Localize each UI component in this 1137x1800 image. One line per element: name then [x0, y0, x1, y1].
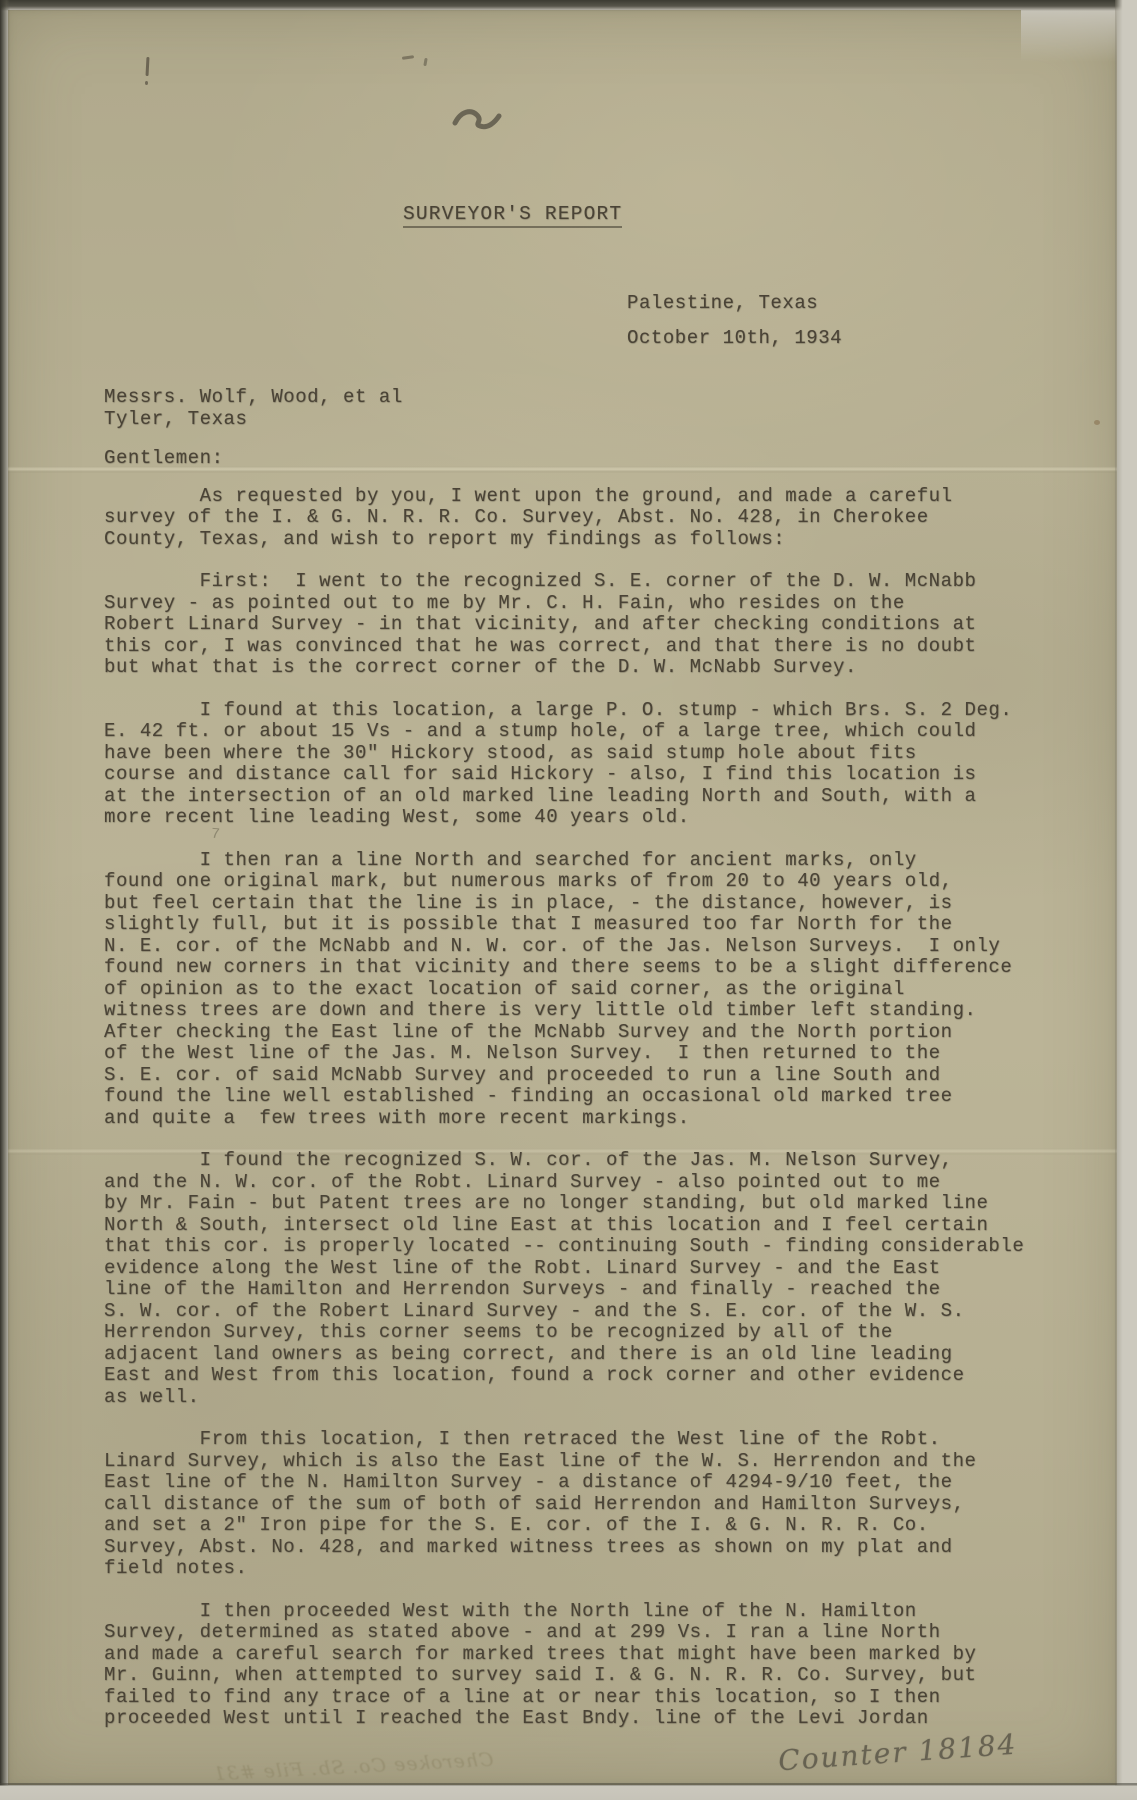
report-line: found the line well established - findin… — [104, 1086, 1084, 1108]
report-line: First: I went to the recognized S. E. co… — [104, 571, 1084, 593]
report-line: North & South, intersect old line East a… — [104, 1215, 1084, 1237]
report-line: have been where the 30" Hickory stood, a… — [104, 743, 1084, 765]
report-line: and quite a few trees with more recent m… — [104, 1108, 1084, 1130]
recipient-address: Messrs. Wolf, Wood, et al Tyler, Texas — [104, 386, 403, 430]
paragraph: As requested by you, I went upon the gro… — [104, 486, 1084, 551]
report-line: From this location, I then retraced the … — [104, 1429, 1084, 1451]
report-line: Survey, Abst. No. 428, and marked witnes… — [104, 1537, 1084, 1559]
paragraph: From this location, I then retraced the … — [104, 1429, 1084, 1580]
recipient-names: Messrs. Wolf, Wood, et al — [104, 386, 403, 408]
report-line: as well. — [104, 1387, 1084, 1409]
paragraph: I found the recognized S. W. cor. of the… — [104, 1150, 1084, 1408]
report-line: S. E. cor. of said McNabb Survey and pro… — [104, 1065, 1084, 1087]
report-line: but feel certain that the line is in pla… — [104, 893, 1084, 915]
report-line: adjacent land owners as being correct, a… — [104, 1344, 1084, 1366]
report-line: field notes. — [104, 1558, 1084, 1580]
report-line: found new corners in that vicinity and t… — [104, 957, 1084, 979]
report-line: survey of the I. & G. N. R. R. Co. Surve… — [104, 507, 1084, 529]
report-line: and made a careful search for marked tre… — [104, 1644, 1084, 1666]
report-line: proceeded West until I reached the East … — [104, 1708, 1084, 1730]
recipient-city: Tyler, Texas — [104, 408, 403, 430]
report-line: of opinion as to the exact location of s… — [104, 979, 1084, 1001]
report-line: N. E. cor. of the McNabb and N. W. cor. … — [104, 936, 1084, 958]
report-line: found one original mark, but numerous ma… — [104, 871, 1084, 893]
report-line: As requested by you, I went upon the gro… — [104, 486, 1084, 508]
report-line: by Mr. Fain - but Patent trees are no lo… — [104, 1193, 1084, 1215]
report-line: Robert Linard Survey - in that vicinity,… — [104, 614, 1084, 636]
report-line: failed to find any trace of a line at or… — [104, 1687, 1084, 1709]
report-line: I found the recognized S. W. cor. of the… — [104, 1150, 1084, 1172]
dateline-place: Palestine, Texas — [627, 293, 842, 315]
paragraph: I found at this location, a large P. O. … — [104, 700, 1084, 829]
report-line: Survey, determined as stated above - and… — [104, 1622, 1084, 1644]
report-line: more recent line leading West, some 40 y… — [104, 807, 1084, 829]
report-line: that this cor. is properly located -- co… — [104, 1236, 1084, 1258]
report-line: County, Texas, and wish to report my fin… — [104, 529, 1084, 551]
report-line: course and distance call for said Hickor… — [104, 764, 1084, 786]
report-line: Mr. Guinn, when attempted to survey said… — [104, 1665, 1084, 1687]
report-line: Survey - as pointed out to me by Mr. C. … — [104, 593, 1084, 615]
report-line: at the intersection of an old marked lin… — [104, 786, 1084, 808]
report-line: I then proceeded West with the North lin… — [104, 1601, 1084, 1623]
typewritten-text-layer: SURVEYOR'S REPORT Palestine, Texas Octob… — [0, 0, 1137, 1800]
report-line: I found at this location, a large P. O. … — [104, 700, 1084, 722]
dateline-date: October 10th, 1934 — [627, 328, 842, 350]
paragraph: First: I went to the recognized S. E. co… — [104, 571, 1084, 679]
report-line: E. 42 ft. or about 15 Vs - and a stump h… — [104, 721, 1084, 743]
report-line: East line of the N. Hamilton Survey - a … — [104, 1472, 1084, 1494]
report-line: this cor, I was convinced that he was co… — [104, 636, 1084, 658]
report-line: but what that is the correct corner of t… — [104, 657, 1084, 679]
report-title: SURVEYOR'S REPORT — [403, 203, 622, 228]
report-line: slightly full, but it is possible that I… — [104, 914, 1084, 936]
report-line: line of the Hamilton and Herrendon Surve… — [104, 1279, 1084, 1301]
dateline-block: Palestine, Texas October 10th, 1934 — [627, 293, 842, 362]
report-line: After checking the East line of the McNa… — [104, 1022, 1084, 1044]
report-line: and the N. W. cor. of the Robt. Linard S… — [104, 1172, 1084, 1194]
letter-body: Gentlemen: As requested by you, I went u… — [104, 448, 1084, 1751]
report-line: Linard Survey, which is also the East li… — [104, 1451, 1084, 1473]
report-line: and set a 2" Iron pipe for the S. E. cor… — [104, 1515, 1084, 1537]
report-line: East and West from this location, found … — [104, 1365, 1084, 1387]
report-line: witness trees are down and there is very… — [104, 1000, 1084, 1022]
report-line: S. W. cor. of the Robert Linard Survey -… — [104, 1301, 1084, 1323]
report-line: Herrendon Survey, this corner seems to b… — [104, 1322, 1084, 1344]
report-line: evidence along the West line of the Robt… — [104, 1258, 1084, 1280]
salutation: Gentlemen: — [104, 448, 1084, 470]
scanned-letter-page: { "document": { "kind": "typewritten sur… — [0, 0, 1137, 1800]
report-paragraphs: As requested by you, I went upon the gro… — [104, 486, 1084, 1730]
report-line: I then ran a line North and searched for… — [104, 850, 1084, 872]
paragraph: I then proceeded West with the North lin… — [104, 1601, 1084, 1730]
report-line: call distance of the sum of both of said… — [104, 1494, 1084, 1516]
report-line: of the West line of the Jas. M. Nelson S… — [104, 1043, 1084, 1065]
paragraph: I then ran a line North and searched for… — [104, 850, 1084, 1130]
